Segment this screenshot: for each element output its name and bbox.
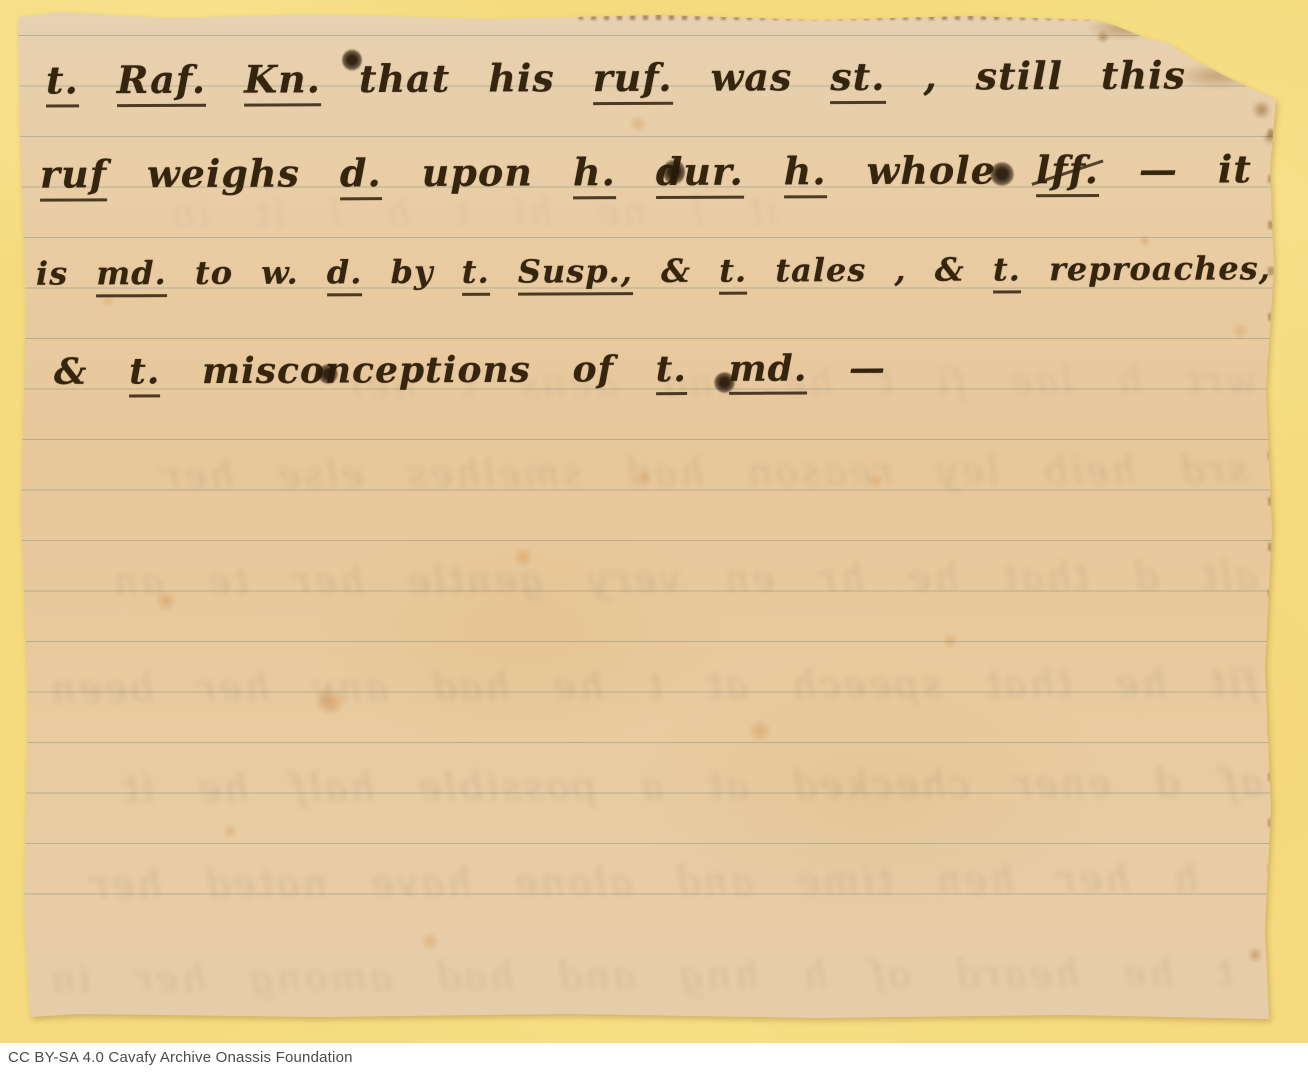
- handwriting-word: md.: [96, 254, 167, 297]
- handwriting-word: d.: [327, 253, 363, 296]
- ink-blot: [714, 372, 735, 393]
- handwriting-word: upon: [422, 149, 533, 194]
- handwriting-word: d.: [340, 150, 382, 200]
- license-text: CC BY-SA 4.0 Cavafy Archive Onassis Foun…: [8, 1043, 353, 1073]
- handwriting-word: &: [935, 251, 965, 289]
- handwriting-word: whole: [866, 147, 996, 193]
- handwriting-line: &t.misconceptionsoft.md.—: [54, 347, 886, 398]
- handwriting-word: misconceptions: [202, 349, 531, 392]
- ink-blot: [663, 159, 685, 185]
- handwriting-word: h.: [784, 148, 827, 198]
- handwriting-word: it: [1218, 146, 1252, 191]
- handwriting-word: weighs: [147, 151, 300, 197]
- handwriting-line: ismd.tow.d.byt.Susp.,&t.tales,&t.reproac…: [36, 249, 1271, 297]
- handwriting-word: —: [1139, 147, 1178, 192]
- license-bar: CC BY-SA 4.0 Cavafy Archive Onassis Foun…: [0, 1043, 1308, 1075]
- handwriting-word: ,: [923, 54, 937, 99]
- handwriting-word: ruf.: [593, 55, 673, 105]
- handwriting-word: his: [488, 55, 555, 100]
- handwriting-word: —: [849, 347, 886, 389]
- bleedthrough-row: af d ener checked at a possible half he …: [43, 761, 1263, 831]
- handwriting-word: by: [391, 253, 434, 291]
- handwriting-word: t.: [462, 253, 490, 296]
- handwriting-word: t.: [129, 350, 160, 397]
- handwriting-word: ,: [894, 251, 906, 289]
- handwriting-word: &: [54, 351, 88, 393]
- ink-blot: [318, 364, 338, 384]
- handwriting-word: of: [572, 348, 614, 390]
- handwriting-word: h.: [573, 149, 616, 199]
- bleedthrough-row: t he heard of h hng and had among her in: [53, 951, 1233, 1021]
- bleedthrough-row: h her hen time and alone have noted her: [48, 857, 1198, 927]
- handwriting-word: this: [1101, 53, 1186, 98]
- handwriting-word: that: [359, 56, 451, 101]
- bleedthrough-row: alt d that he hr en very gentle her te a…: [43, 554, 1258, 624]
- bleedthrough-row: srd heib ley reason had smelhes else her: [48, 448, 1248, 518]
- handwriting-word: t.: [719, 252, 747, 295]
- handwriting-word: w.: [261, 254, 299, 292]
- handwriting-word: to: [195, 254, 233, 292]
- ink-blot: [342, 49, 362, 71]
- handwriting-word: t.: [656, 348, 687, 395]
- handwriting-word: Susp.,: [518, 252, 633, 296]
- manuscript-page: it l ne hi t h l it inwrt h lae fi t he …: [18, 9, 1276, 1019]
- handwriting-word: Kn.: [244, 56, 321, 106]
- handwriting-word: is: [36, 255, 68, 293]
- handwriting-word: md.: [728, 348, 807, 395]
- handwriting-word: &: [661, 252, 691, 290]
- handwriting-word: still: [976, 53, 1063, 98]
- handwriting-word: Raf.: [117, 57, 207, 107]
- handwriting-word: st.: [830, 54, 885, 104]
- handwriting-word: t.: [993, 250, 1021, 293]
- handwriting-word: t.: [46, 57, 79, 107]
- handwriting-word: was: [710, 54, 792, 99]
- handwriting-line: t.Raf.Kn.thathisruf.wasst.,stillthis: [46, 53, 1186, 108]
- ink-blot: [990, 162, 1014, 186]
- handwriting-word: reproaches,: [1049, 249, 1271, 288]
- handwriting-line: rufweighsd.uponh.dur.h.wholelff.—it: [40, 146, 1252, 201]
- handwriting-word: lff.: [1036, 147, 1099, 197]
- handwriting-word: tales: [775, 251, 866, 289]
- bleedthrough-row: fit he that speech at t he had any her b…: [48, 661, 1258, 731]
- handwriting-word: ruf: [40, 151, 107, 201]
